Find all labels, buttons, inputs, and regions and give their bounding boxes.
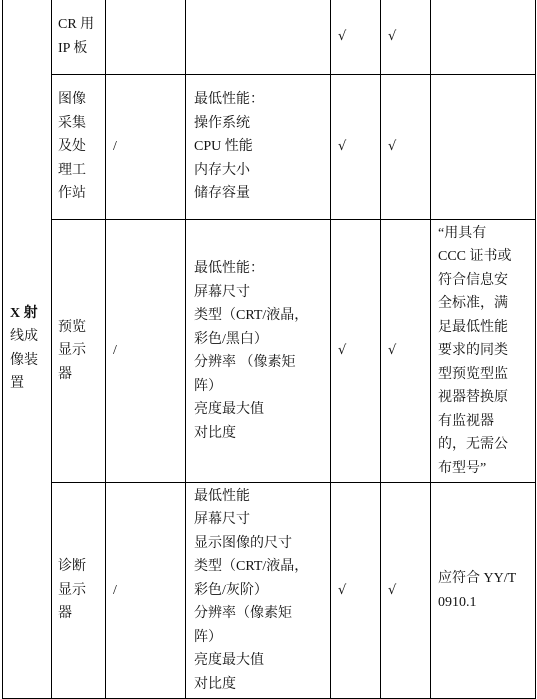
spec-line: 显示图像的尺寸	[194, 532, 330, 556]
item-name-text: 作站	[58, 182, 105, 206]
spec-line: 屏幕尺寸	[194, 281, 330, 305]
spec-line: 分辨率 （像素矩	[194, 351, 330, 375]
note-line: 符合信息安	[438, 269, 531, 293]
category-text: 置	[10, 372, 51, 396]
spec-line: 最低性能：	[194, 257, 330, 281]
category-text: 线成	[10, 325, 51, 349]
table-row-workstation: 图像 采集 及处 理工 作站 / 最低性能： 操作系统 CPU 性能 内存大小 …	[3, 75, 536, 220]
item-name-text: 采集	[58, 112, 105, 136]
category-text: X 射	[10, 302, 51, 326]
check-cell: √	[331, 0, 381, 75]
spec-line: 储存容量	[194, 182, 330, 206]
spec-cell: 最低性能 屏幕尺寸 显示图像的尺寸 类型（CRT/液晶， 彩色/灰阶） 分辨率（…	[186, 483, 331, 699]
spec-line: 阵）	[194, 375, 330, 399]
spec-line: 最低性能	[194, 485, 330, 509]
spec-cell: 最低性能： 操作系统 CPU 性能 内存大小 储存容量	[186, 75, 331, 220]
note-cell: “用具有 CCC 证书或 符合信息安 全标准，满 足最低性能 要求的同类 型预览…	[431, 220, 536, 483]
check-cell: √	[381, 75, 431, 220]
item-name-text: 预览	[58, 316, 105, 340]
note-cell	[431, 0, 536, 75]
note-cell: 应符合 YY/T 0910.1	[431, 483, 536, 699]
note-line: CCC 证书或	[438, 245, 531, 269]
spec-line: 彩色/黑白）	[194, 328, 330, 352]
item-name-text: 器	[58, 363, 105, 387]
spec-line: 最低性能：	[194, 88, 330, 112]
item-name-text: CR 用	[58, 13, 105, 37]
table-row-cr-ip-plate: X 射 线成 像装 置 CR 用 IP 板 √ √	[3, 0, 536, 75]
category-cell: X 射 线成 像装 置	[3, 0, 52, 699]
spec-line: 类型（CRT/液晶，	[194, 304, 330, 328]
check-cell: √	[381, 220, 431, 483]
equipment-table: X 射 线成 像装 置 CR 用 IP 板 √ √ 图像 采集 及处 理工 作站	[2, 0, 536, 699]
check-cell: √	[381, 0, 431, 75]
note-line: 视器替换原	[438, 386, 531, 410]
spec-line: 阵）	[194, 626, 330, 650]
check-cell: √	[381, 483, 431, 699]
note-line: 要求的同类	[438, 339, 531, 363]
note-line: 有监视器	[438, 410, 531, 434]
item-name-text: 器	[58, 602, 105, 626]
check-cell: √	[331, 220, 381, 483]
note-line: 布型号”	[438, 457, 531, 481]
item-name-text: IP 板	[58, 37, 105, 61]
spec-line: 对比度	[194, 673, 330, 697]
spec-line: 屏幕尺寸	[194, 508, 330, 532]
item-name-cell: 诊断 显示 器	[52, 483, 106, 699]
item-name-text: 及处	[58, 135, 105, 159]
spec-line: 内存大小	[194, 159, 330, 183]
note-line: 应符合 YY/T	[438, 567, 531, 591]
category-text: 像装	[10, 349, 51, 373]
item-name-text: 显示	[58, 339, 105, 363]
item-name-text: 显示	[58, 579, 105, 603]
table-row-diagnostic-display: 诊断 显示 器 / 最低性能 屏幕尺寸 显示图像的尺寸 类型（CRT/液晶， 彩…	[3, 483, 536, 699]
spec-line: 对比度	[194, 422, 330, 446]
item-name-cell: 预览 显示 器	[52, 220, 106, 483]
spec-line: 分辨率（像素矩	[194, 602, 330, 626]
col2-cell: /	[106, 483, 186, 699]
table-row-preview-display: 预览 显示 器 / 最低性能： 屏幕尺寸 类型（CRT/液晶， 彩色/黑白） 分…	[3, 220, 536, 483]
spec-line: 亮度最大值	[194, 398, 330, 422]
note-line: 足最低性能	[438, 316, 531, 340]
col2-cell: /	[106, 220, 186, 483]
spec-line: CPU 性能	[194, 135, 330, 159]
spec-cell: 最低性能： 屏幕尺寸 类型（CRT/液晶， 彩色/黑白） 分辨率 （像素矩 阵）…	[186, 220, 331, 483]
spec-line: 彩色/灰阶）	[194, 579, 330, 603]
spec-line: 亮度最大值	[194, 649, 330, 673]
note-line: 型预览型监	[438, 363, 531, 387]
note-line: 的，无需公	[438, 433, 531, 457]
col2-cell: /	[106, 75, 186, 220]
item-name-text: 理工	[58, 159, 105, 183]
col2-cell	[106, 0, 186, 75]
item-name-text: 图像	[58, 88, 105, 112]
item-name-cell: CR 用 IP 板	[52, 0, 106, 75]
check-cell: √	[331, 483, 381, 699]
note-line: “用具有	[438, 222, 531, 246]
note-line: 全标准，满	[438, 292, 531, 316]
item-name-text: 诊断	[58, 555, 105, 579]
check-cell: √	[331, 75, 381, 220]
note-cell	[431, 75, 536, 220]
note-line: 0910.1	[438, 591, 531, 615]
item-name-cell: 图像 采集 及处 理工 作站	[52, 75, 106, 220]
spec-line: 类型（CRT/液晶，	[194, 555, 330, 579]
spec-cell	[186, 0, 331, 75]
spec-line: 操作系统	[194, 112, 330, 136]
